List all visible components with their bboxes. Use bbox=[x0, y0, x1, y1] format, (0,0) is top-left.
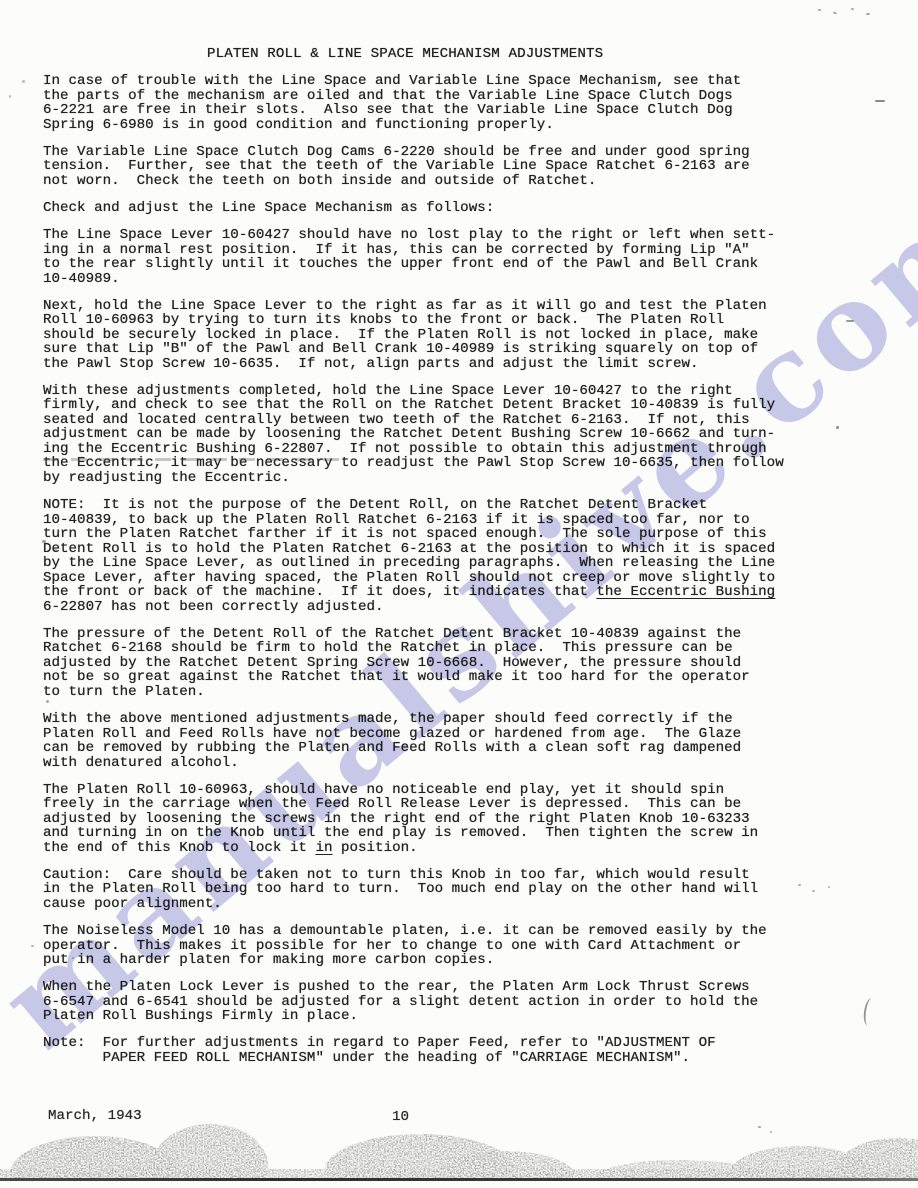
text-line: cause poor alignment. bbox=[43, 897, 863, 912]
underlined-text: in bbox=[315, 840, 332, 856]
text-line: 10-40839, to back up the Platen Roll Rat… bbox=[43, 513, 863, 528]
text-line: the parts of the mechanism are oiled and… bbox=[43, 89, 863, 104]
text-line: by the Line Space Lever, as outlined in … bbox=[43, 556, 863, 571]
text-line: freely in the carriage when the Feed Rol… bbox=[43, 797, 863, 812]
text-line: NOTE: It is not the purpose of the Deten… bbox=[43, 498, 863, 513]
scan-smudge bbox=[43, 458, 343, 461]
text-line: ing in a normal rest position. If it has… bbox=[43, 243, 863, 258]
scan-speck bbox=[61, 712, 63, 714]
text-line: The Platen Roll 10-60963, should have no… bbox=[43, 783, 863, 798]
text-line: and turning in on the Knob until the end… bbox=[43, 826, 863, 841]
scan-speck bbox=[54, 549, 57, 551]
text-line: Detent Roll is to hold the Platen Ratche… bbox=[43, 542, 863, 557]
scan-speck bbox=[828, 886, 830, 888]
scan-speck bbox=[46, 700, 49, 703]
text-line: Platen Roll Bushings Firmly in place. bbox=[43, 1009, 863, 1024]
text-line: When the Platen Lock Lever is pushed to … bbox=[43, 980, 863, 995]
text-line: The Variable Line Space Clutch Dog Cams … bbox=[43, 145, 863, 160]
paragraph: The Line Space Lever 10-60427 should hav… bbox=[43, 228, 863, 286]
scan-speck bbox=[22, 80, 25, 83]
text-line: operator. This makes it possible for her… bbox=[43, 939, 863, 954]
text-line: in the Platen Roll being too hard to tur… bbox=[43, 882, 863, 897]
paragraph: Next, hold the Line Space Lever to the r… bbox=[43, 299, 863, 372]
text-line: to turn the Platen. bbox=[43, 685, 863, 700]
text-line: Check and adjust the Line Space Mechanis… bbox=[43, 201, 863, 216]
scan-speck bbox=[9, 95, 11, 98]
scan-speck bbox=[851, 8, 854, 10]
text-line: adjusted by loosening the screws in the … bbox=[43, 812, 863, 827]
text-line: 6-2221 are free in their slots. Also see… bbox=[43, 103, 863, 118]
text-line: Platen Roll and Feed Rolls have not beco… bbox=[43, 727, 863, 742]
text-line: Space Lever, after having spaced, the Pl… bbox=[43, 571, 863, 586]
scan-speck bbox=[836, 426, 839, 429]
paragraph: With these adjustments completed, hold t… bbox=[43, 384, 863, 486]
scanned-page: PLATEN ROLL & LINE SPACE MECHANISM ADJUS… bbox=[0, 0, 918, 1188]
text-line: not be so great against the Ratchet that… bbox=[43, 670, 863, 685]
text-line: The Noiseless Model 10 has a demountable… bbox=[43, 924, 863, 939]
paragraph: Note: For further adjustments in regard … bbox=[43, 1036, 863, 1065]
text-line: Ratchet 6-2168 should be firm to hold th… bbox=[43, 641, 863, 656]
text-line: With the above mentioned adjustments mad… bbox=[43, 712, 863, 727]
scan-noise-band bbox=[0, 1116, 918, 1180]
paragraph: The Platen Roll 10-60963, should have no… bbox=[43, 783, 863, 856]
text-line: sure that Lip "B" of the Pawl and Bell C… bbox=[43, 342, 863, 357]
pen-mark bbox=[862, 997, 878, 1026]
scan-speck bbox=[798, 884, 801, 886]
text-line: Roll 10-60963 by trying to turn its knob… bbox=[43, 313, 863, 328]
text-line: the front or back of the machine. If it … bbox=[43, 585, 863, 600]
scan-speck bbox=[72, 957, 74, 959]
text-line: Spring 6-6980 is in good condition and f… bbox=[43, 118, 863, 133]
paragraph: With the above mentioned adjustments mad… bbox=[43, 712, 863, 770]
scan-edge-line bbox=[0, 1178, 918, 1181]
scan-speck bbox=[833, 11, 837, 14]
underlined-text: the Eccentric Bushing bbox=[596, 584, 775, 600]
scan-speck bbox=[846, 320, 854, 322]
scan-speck bbox=[866, 13, 870, 16]
paragraph: When the Platen Lock Lever is pushed to … bbox=[43, 980, 863, 1024]
paragraph: Check and adjust the Line Space Mechanis… bbox=[43, 201, 863, 216]
text-line: tension. Further, see that the teeth of … bbox=[43, 159, 863, 174]
text-line: adjustment can be made by loosening the … bbox=[43, 427, 863, 442]
text-line: Note: For further adjustments in regard … bbox=[43, 1036, 863, 1051]
paragraph: In case of trouble with the Line Space a… bbox=[43, 74, 863, 132]
text-line: with denatured alcohol. bbox=[43, 756, 863, 771]
text-line: The Line Space Lever 10-60427 should hav… bbox=[43, 228, 863, 243]
text-line: 10-40989. bbox=[43, 272, 863, 287]
paragraph: NOTE: It is not the purpose of the Deten… bbox=[43, 498, 863, 614]
text-line: the Pawl Stop Screw 10-6635. If not, ali… bbox=[43, 357, 863, 372]
text-line: to the rear slightly until it touches th… bbox=[43, 257, 863, 272]
text-line: PAPER FEED ROLL MECHANISM" under the hea… bbox=[43, 1051, 863, 1066]
text-line: can be removed by rubbing the Platen and… bbox=[43, 741, 863, 756]
scan-speck bbox=[875, 100, 885, 102]
text-line: the end of this Knob to lock it in posit… bbox=[43, 841, 863, 856]
scan-speck bbox=[42, 540, 46, 543]
paragraph: The pressure of the Detent Roll of the R… bbox=[43, 627, 863, 700]
paragraph: Caution: Care should be taken not to tur… bbox=[43, 868, 863, 912]
text-line: put in a harder platen for making more c… bbox=[43, 953, 863, 968]
text-line: turn the Platen Ratchet farther if it is… bbox=[43, 527, 863, 542]
document-body: In case of trouble with the Line Space a… bbox=[43, 74, 863, 1078]
paragraph: The Noiseless Model 10 has a demountable… bbox=[43, 924, 863, 968]
scan-speck bbox=[812, 890, 815, 892]
text-line: In case of trouble with the Line Space a… bbox=[43, 74, 863, 89]
text-line: firmly, and check to see that the Roll o… bbox=[43, 398, 863, 413]
text-line: by readjusting the Eccentric. bbox=[43, 471, 863, 486]
scan-speck bbox=[818, 9, 821, 11]
page-title: PLATEN ROLL & LINE SPACE MECHANISM ADJUS… bbox=[207, 46, 603, 62]
text-line: not worn. Check the teeth on both inside… bbox=[43, 174, 863, 189]
text-line: 6-22807 has not been correctly adjusted. bbox=[43, 600, 863, 615]
scan-speck bbox=[31, 945, 34, 947]
paragraph: The Variable Line Space Clutch Dog Cams … bbox=[43, 145, 863, 189]
